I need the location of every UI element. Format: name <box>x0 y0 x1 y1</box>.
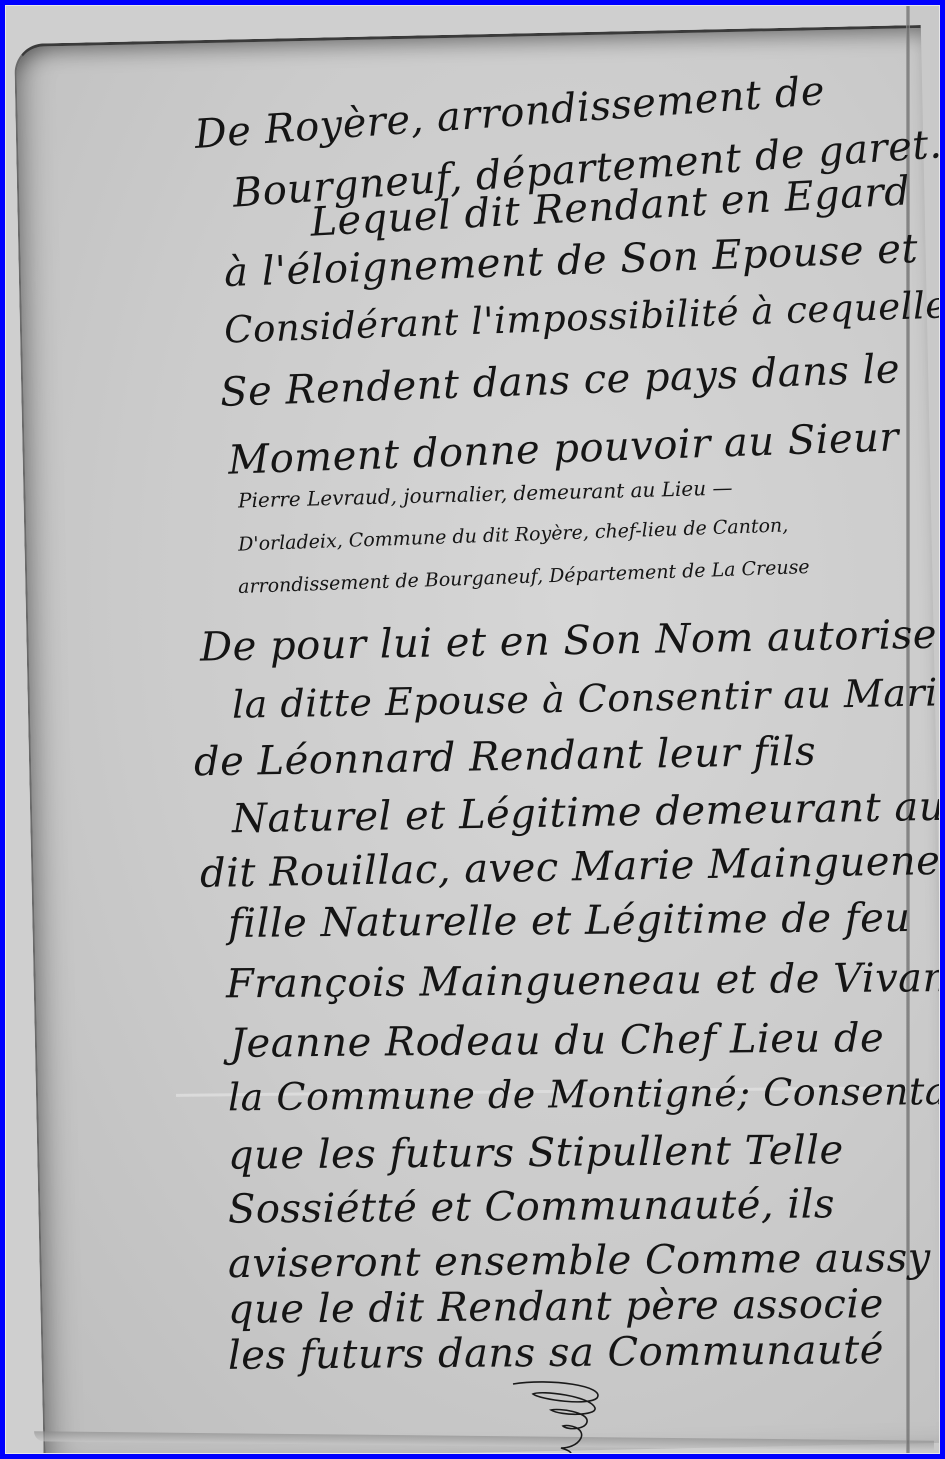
text-line: les futurs dans sa Communauté <box>228 1327 884 1379</box>
text-line: Se Rendent dans ce pays dans le <box>219 346 900 416</box>
text-line: que les futurs Stipullent Telle <box>228 1127 844 1178</box>
text-line: Considérant l'impossibilité à cequelle <box>223 283 939 351</box>
text-line: François Maingueneau et de Vivante <box>226 955 939 1008</box>
manuscript-text: De Royère, arrondissement de Bourgneuf, … <box>6 6 939 1453</box>
text-line: la ditte Epouse à Consentir au Mariage <box>232 669 939 727</box>
text-line: Sossiétté et Communauté, ils <box>228 1181 835 1232</box>
text-line: Pierre Levraud, journalier, demeurant au… <box>238 476 733 513</box>
text-line: arrondissement de Bourganeuf, Départemen… <box>238 556 810 598</box>
text-line: Jeanne Rodeau du Chef Lieu de <box>230 1015 885 1067</box>
text-line: De pour lui et en Son Nom autoriser <box>200 611 939 670</box>
text-line: aviseront ensemble Comme aussy <box>228 1235 931 1287</box>
text-line: D'orladeix, Commune du dit Royère, chef-… <box>238 514 789 555</box>
text-line: de Léonnard Rendant leur fils <box>194 729 817 786</box>
text-line: que le dit Rendant père associe <box>228 1281 884 1333</box>
text-line: la Commune de Montigné; Consentant <box>228 1069 939 1120</box>
text-line: fille Naturelle et Légitime de feu <box>228 895 911 947</box>
text-line: Naturel et Légitime demeurant au <box>232 784 939 842</box>
scan-frame: De Royère, arrondissement de Bourgneuf, … <box>6 6 939 1453</box>
text-line: dit Rouillac, avec Marie Maingueneau <box>200 837 939 897</box>
text-line: Moment donne pouvoir au Sieur <box>227 414 899 483</box>
pen-flourish-icon <box>511 1378 621 1453</box>
